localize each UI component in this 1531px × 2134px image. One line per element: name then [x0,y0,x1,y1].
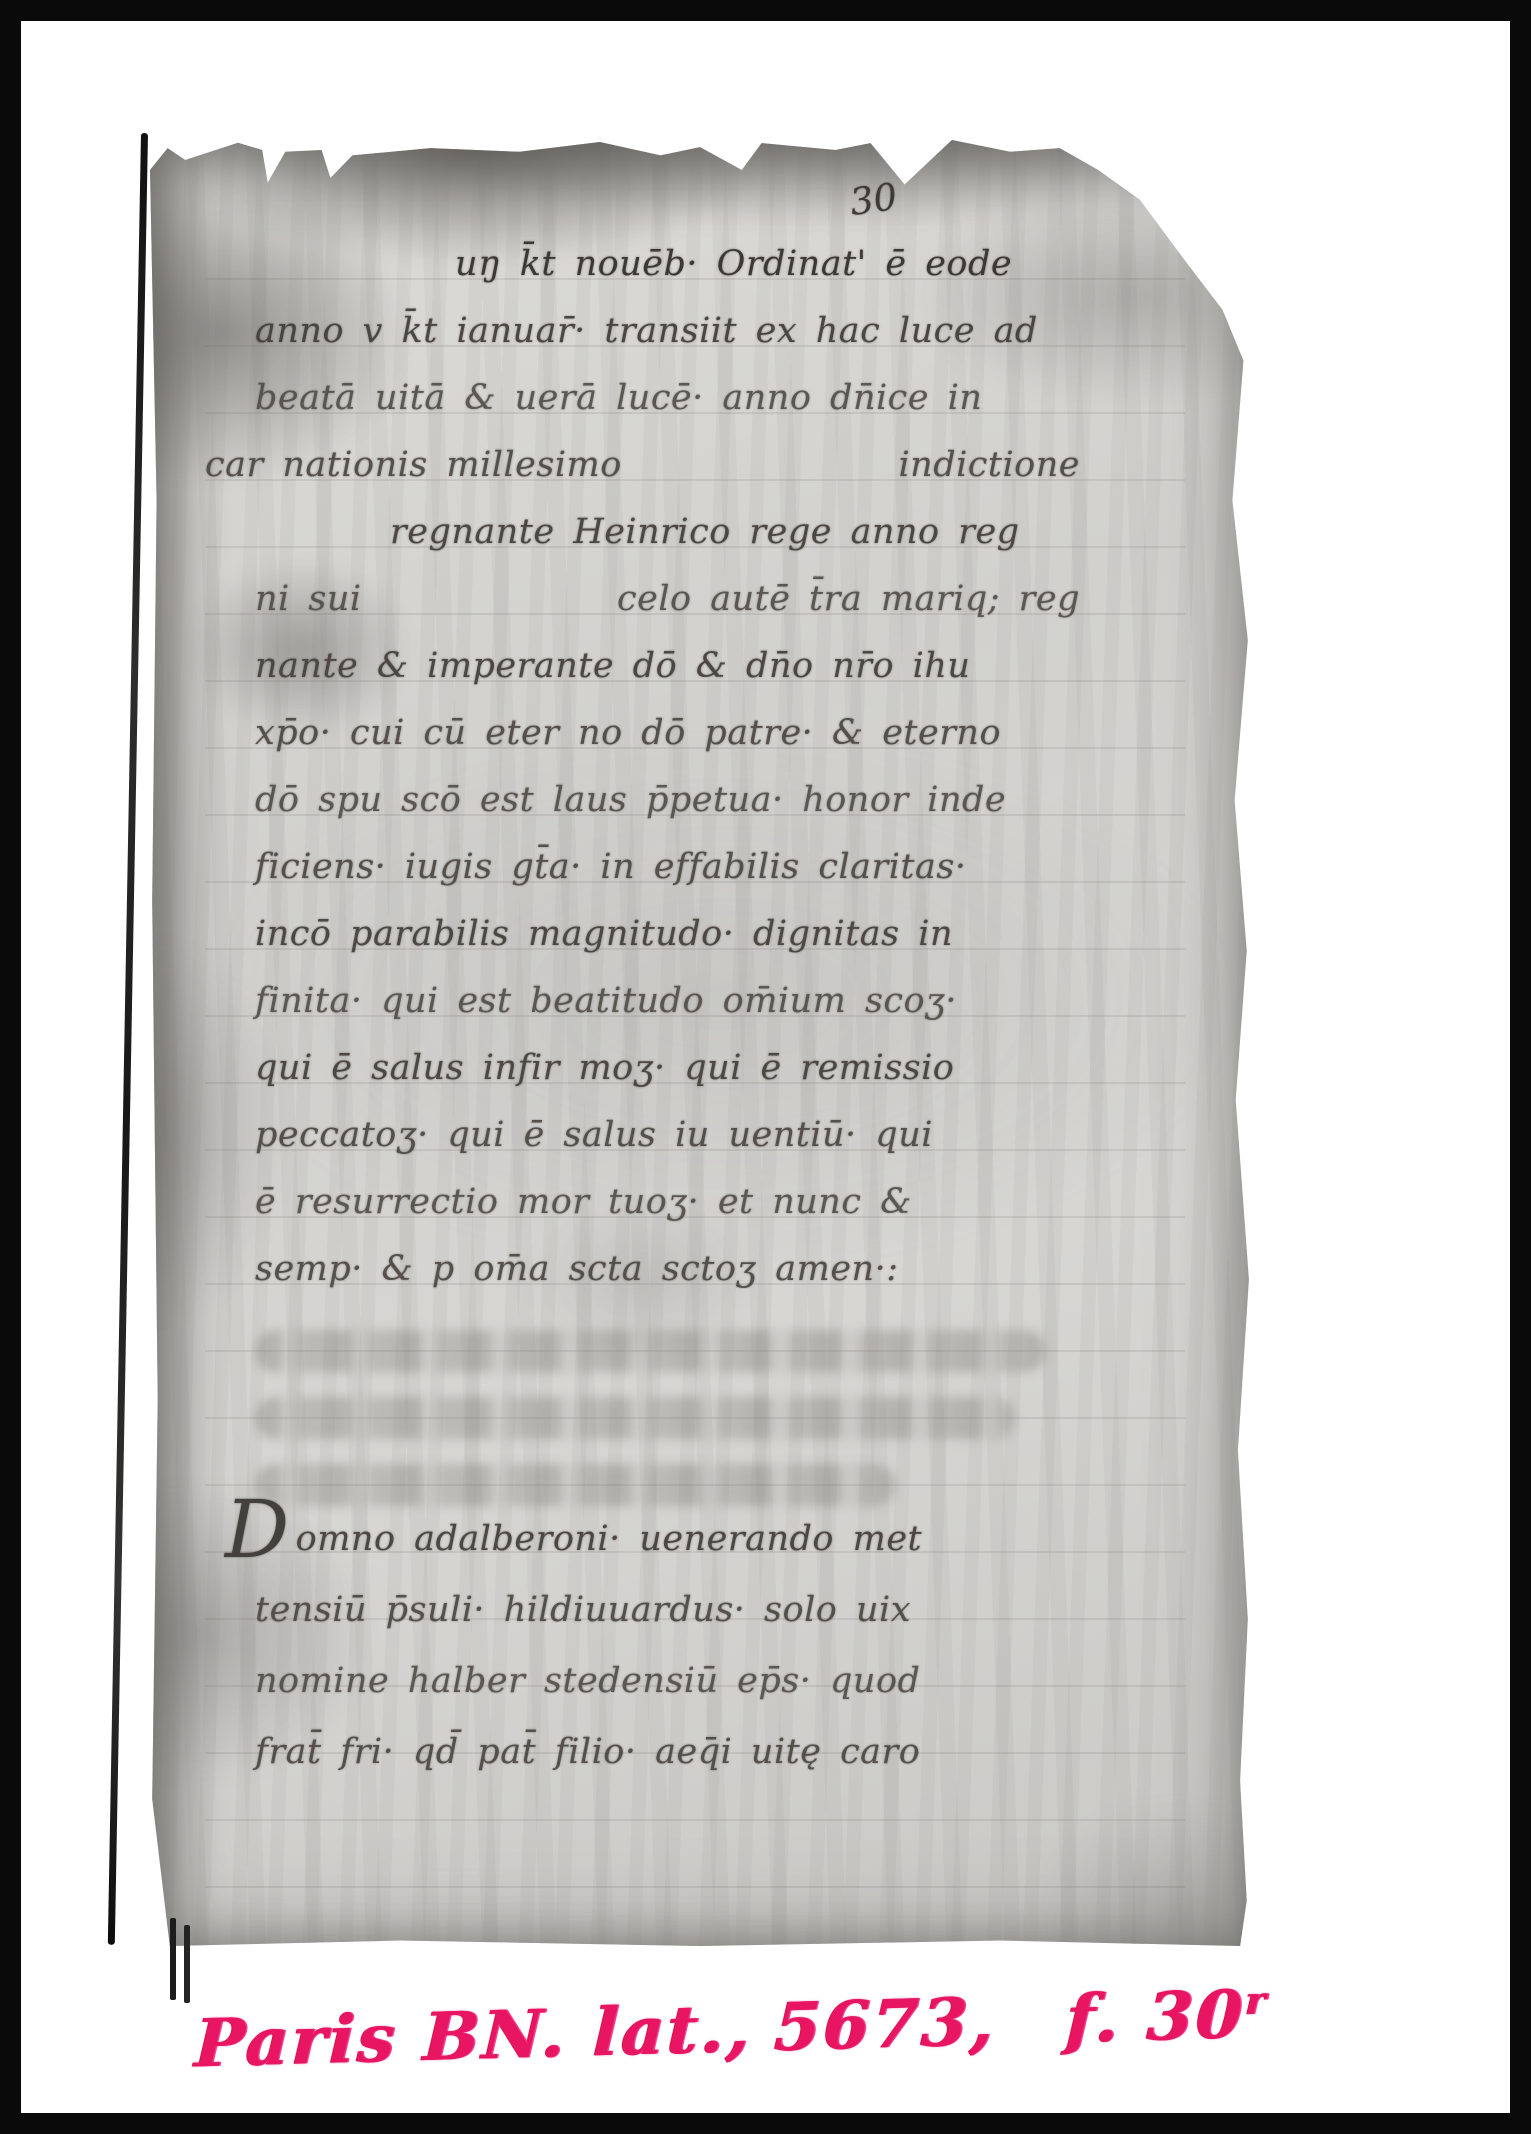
manuscript-text-line: xp̄o· cui cū eter no dō patre· & eterno [255,699,1080,766]
caption-folio-superscript: r [1245,1978,1268,2024]
line-text: incō parabilis magnitudo· dignitas in [255,914,953,954]
manuscript-text-line: ē resurrectio mor tuoʒ· et nunc & [255,1168,1080,1235]
line-text: beatā uitā & uerā lucē· anno dn̄ice in [255,378,982,418]
line-text: finita· qui est beatitudo om̄ium scoʒ· [255,981,957,1021]
faded-text-band [255,1330,1045,1372]
binding-edge-mark [184,1925,190,2003]
manuscript-text-line: anno v k̄t ianuar̄· transiit ex hac luce… [255,297,1080,364]
faded-text-band [255,1464,895,1506]
text-block-1: uŋ k̄t nouēb· Ordinat' ē eode anno v k̄t… [255,230,1080,1302]
manuscript-page: 30 uŋ k̄t nouēb· Ordinat' ē eode anno v … [150,130,1250,1946]
caption-prefix: Paris BN. lat., [194,1989,755,2083]
manuscript-text-line: uŋ k̄t nouēb· Ordinat' ē eode [455,230,1080,297]
manuscript-text-line: beatā uitā & uerā lucē· anno dn̄ice in [255,364,1080,431]
line-text: car nationis millesimo [205,445,622,485]
manuscript-text-line: car nationis millesimo indictione [205,431,1080,498]
line-text: ē resurrectio mor tuoʒ· et nunc & [255,1182,912,1222]
line-text: xp̄o· cui cū eter no dō patre· & eterno [255,713,1001,753]
manuscript-text-line: finita· qui est beatitudo om̄ium scoʒ· [255,967,1080,1034]
manuscript-text-line: nante & imperante dō & dn̄o nr̄o ihu [255,632,1080,699]
manuscript-text-line: tensiū p̄suli· hildiuuardus· solo uix [255,1574,1080,1645]
folio-number: 30 [847,175,900,224]
manuscript-text-line: frat̄ fri· qd̄ pat̄ filio· aeq̄i uitę ca… [255,1716,1080,1787]
line-text: celo autē t̄ra mariq; reg [617,579,1080,619]
line-text: uŋ k̄t nouēb· Ordinat' ē eode [455,244,1012,284]
line-text: dō spu scō est laus p̄petua· honor inde [255,780,1006,820]
manuscript-text-line: dō spu scō est laus p̄petua· honor inde [255,766,1080,833]
line-text: tensiū p̄suli· hildiuuardus· solo uix [255,1590,911,1630]
manuscript-text-line: ni sui celo autē t̄ra mariq; reg [255,565,1080,632]
line-text: semp· & p om̄a scta sctoʒ amen·: [255,1249,899,1289]
line-text: peccatoʒ· qui ē salus iu uentiū· qui [255,1115,933,1155]
line-text: anno v k̄t ianuar̄· transiit ex hac luce… [255,311,1038,351]
manuscript-text-line: incō parabilis magnitudo· dignitas in [255,900,1080,967]
shelfmark-caption: Paris BN. lat., 5673, f. 30r [194,1971,1377,2082]
caption-folio: f. 30r [1065,1975,1268,2059]
manuscript-text-line: regnante Heinrico rege anno reg [390,498,1080,565]
manuscript-text-line: semp· & p om̄a scta sctoʒ amen·: [255,1235,1080,1302]
line-text: nomine halber stedensiū ep̄s· quod [255,1661,920,1701]
scanned-manuscript-photo: 30 uŋ k̄t nouēb· Ordinat' ē eode anno v … [0,0,1531,2134]
initial-capital-d: D [225,1500,290,1560]
line-text: regnante Heinrico rege anno reg [390,512,1020,552]
manuscript-text-line: D omno adalberoni· uenerando met [255,1503,1080,1574]
manuscript-text-line: ficiens· iugis gt̄a· in effabilis clarit… [255,833,1080,900]
line-text: qui ē salus infir moʒ· qui ē remissio [255,1048,954,1088]
line-text: ni sui [255,579,362,619]
manuscript-text-line: nomine halber stedensiū ep̄s· quod [255,1645,1080,1716]
faded-text-band [255,1397,1015,1439]
caption-folio-text: f. 30 [1065,1975,1247,2058]
line-text: nante & imperante dō & dn̄o nr̄o ihu [255,646,970,686]
line-text: ficiens· iugis gt̄a· in effabilis clarit… [255,847,966,887]
line-text: frat̄ fri· qd̄ pat̄ filio· aeq̄i uitę ca… [255,1732,920,1772]
manuscript-text-line: peccatoʒ· qui ē salus iu uentiū· qui [255,1101,1080,1168]
line-text: omno adalberoni· uenerando met [296,1519,922,1559]
binding-edge-mark [170,1918,176,2000]
manuscript-text-line: qui ē salus infir moʒ· qui ē remissio [255,1034,1080,1101]
caption-shelfmark-number: 5673, [773,1982,998,2066]
binding-edge-line [108,133,148,1945]
text-block-2: D omno adalberoni· uenerando met tensiū … [255,1503,1080,1787]
line-text: indictione [898,445,1080,485]
